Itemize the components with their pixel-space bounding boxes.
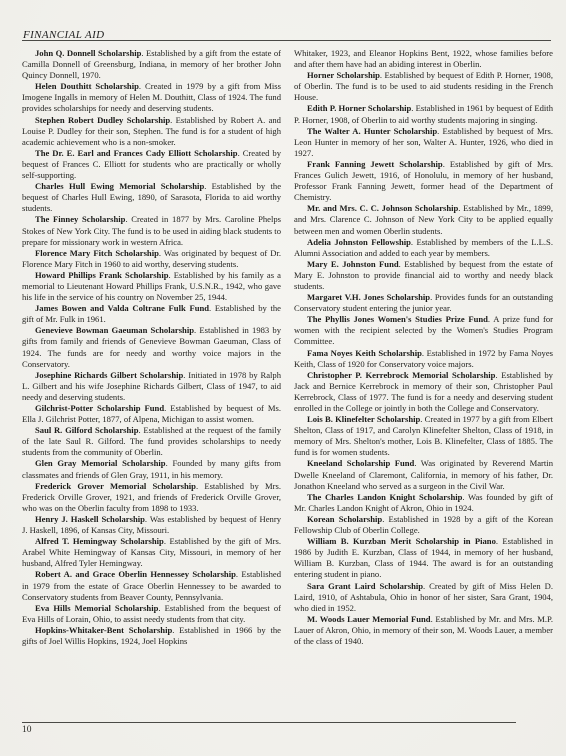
page-number: 10 <box>22 725 32 735</box>
scholarship-name: Horner Scholarship <box>307 70 380 80</box>
scholarship-entry: Christopher P. Kerrebrock Memorial Schol… <box>294 370 553 414</box>
scholarship-name: Margaret V.H. Jones Scholarship <box>307 292 430 302</box>
scholarship-entry: Mr. and Mrs. C. C. Johnson Scholarship. … <box>294 203 553 236</box>
scholarship-entry: The Dr. E. Earl and Frances Cady Elliott… <box>22 148 281 181</box>
scholarship-name: Glen Gray Memorial Scholarship <box>35 458 166 468</box>
scholarship-entry: The Charles Landon Knight Scholarship. W… <box>294 492 553 514</box>
scholarship-entry: John Q. Donnell Scholarship. Established… <box>22 48 281 81</box>
scholarship-entry: Charles Hull Ewing Memorial Scholarship.… <box>22 181 281 214</box>
scholarship-name: Robert A. and Grace Oberlin Hennessey Sc… <box>35 569 236 579</box>
scholarship-entry: Adelia Johnston Fellowship. Established … <box>294 237 553 259</box>
right-column: Whitaker, 1923, and Eleanor Hopkins Bent… <box>294 48 553 647</box>
scholarship-entry: Edith P. Horner Scholarship. Established… <box>294 103 553 125</box>
scholarship-entry: Sara Grant Laird Scholarship. Created by… <box>294 581 553 614</box>
scholarship-name: Kneeland Scholarship Fund <box>307 458 414 468</box>
scholarship-name: Frank Fanning Jewett Scholarship <box>307 159 443 169</box>
scholarship-entry: Genevieve Bowman Gaeuman Scholarship. Es… <box>22 325 281 369</box>
scholarship-name: Henry J. Haskell Scholarship <box>35 514 145 524</box>
scholarship-entry: The Finney Scholarship. Created in 1877 … <box>22 214 281 247</box>
scholarship-name: Christopher P. Kerrebrock Memorial Schol… <box>307 370 495 380</box>
scholarship-entry: Horner Scholarship. Established by beque… <box>294 70 553 103</box>
scholarship-name: James Bowen and Valda Coltrane Fulk Fund <box>35 303 209 313</box>
scholarship-entry: The Walter A. Hunter Scholarship. Establ… <box>294 126 553 159</box>
scholarship-entry: Gilchrist-Potter Scholarship Fund. Estab… <box>22 403 281 425</box>
scholarship-name: Sara Grant Laird Scholarship <box>307 581 423 591</box>
scholarship-name: Frederick Grover Memorial Scholarship <box>35 481 196 491</box>
scholarship-entry: Glen Gray Memorial Scholarship. Founded … <box>22 458 281 480</box>
scholarship-name: Fama Noyes Keith Scholarship <box>307 348 422 358</box>
scholarship-name: Howard Phillips Frank Scholarship <box>35 270 169 280</box>
scholarship-entry: Josephine Richards Gilbert Scholarship. … <box>22 370 281 403</box>
scholarship-entry: Robert A. and Grace Oberlin Hennessey Sc… <box>22 569 281 602</box>
scholarship-entry-continuation: Whitaker, 1923, and Eleanor Hopkins Bent… <box>294 48 553 70</box>
scholarship-name: Josephine Richards Gilbert Scholarship <box>35 370 183 380</box>
scholarship-entry: Alfred T. Hemingway Scholarship. Establi… <box>22 536 281 569</box>
scholarship-name: Korean Scholarship <box>307 514 382 524</box>
scholarship-entry: Stephen Robert Dudley Scholarship. Estab… <box>22 115 281 148</box>
scholarship-name: The Charles Landon Knight Scholarship <box>307 492 462 502</box>
scholarship-name: Genevieve Bowman Gaeuman Scholarship <box>35 325 194 335</box>
scholarship-name: The Walter A. Hunter Scholarship <box>307 126 437 136</box>
scholarship-name: Lois B. Klinefelter Scholarship <box>307 414 420 424</box>
scholarship-entry: Frank Fanning Jewett Scholarship. Establ… <box>294 159 553 203</box>
scholarship-name: Adelia Johnston Fellowship <box>307 237 411 247</box>
scholarship-entry: The Phyllis Jones Women's Studies Prize … <box>294 314 553 347</box>
scholarship-entry: Henry J. Haskell Scholarship. Was establ… <box>22 514 281 536</box>
scholarship-name: The Phyllis Jones Women's Studies Prize … <box>307 314 488 324</box>
left-column: John Q. Donnell Scholarship. Established… <box>22 48 281 647</box>
scholarship-name: John Q. Donnell Scholarship <box>35 48 141 58</box>
scanned-catalog-page: FINANCIAL AID John Q. Donnell Scholarshi… <box>0 0 566 756</box>
scholarship-name: Charles Hull Ewing Memorial Scholarship <box>35 181 204 191</box>
scholarship-name: William B. Kurzban Merit Scholarship in … <box>307 536 496 546</box>
scholarship-entry: William B. Kurzban Merit Scholarship in … <box>294 536 553 580</box>
scholarship-name: Gilchrist-Potter Scholarship Fund <box>35 403 164 413</box>
scholarship-name: Eva Hills Memorial Scholarship <box>35 603 158 613</box>
scholarship-entry: Kneeland Scholarship Fund. Was originate… <box>294 458 553 491</box>
scholarship-entry: Howard Phillips Frank Scholarship. Estab… <box>22 270 281 303</box>
scholarship-entry: Margaret V.H. Jones Scholarship. Provide… <box>294 292 553 314</box>
scholarship-name: Helen Douthitt Scholarship <box>35 81 139 91</box>
scholarship-name: Edith P. Horner Scholarship <box>307 103 411 113</box>
scholarship-name: The Dr. E. Earl and Frances Cady Elliott… <box>35 148 238 158</box>
two-column-body: John Q. Donnell Scholarship. Established… <box>22 48 553 647</box>
scholarship-entry: Hopkins-Whitaker-Bent Scholarship. Estab… <box>22 625 281 647</box>
scholarship-entry: Mary E. Johnston Fund. Established by be… <box>294 259 553 292</box>
scholarship-name: Hopkins-Whitaker-Bent Scholarship <box>35 625 172 635</box>
scholarship-name: The Finney Scholarship <box>35 214 125 224</box>
scholarship-entry: Korean Scholarship. Established in 1928 … <box>294 514 553 536</box>
scholarship-entry: Eva Hills Memorial Scholarship. Establis… <box>22 603 281 625</box>
scholarship-name: M. Woods Lauer Memorial Fund <box>307 614 431 624</box>
scholarship-entry: James Bowen and Valda Coltrane Fulk Fund… <box>22 303 281 325</box>
scholarship-entry: Florence Mary Fitch Scholarship. Was ori… <box>22 248 281 270</box>
scholarship-name: Mary E. Johnston Fund <box>307 259 399 269</box>
header-rule <box>22 40 551 41</box>
scholarship-name: Stephen Robert Dudley Scholarship <box>35 115 170 125</box>
scholarship-entry: Lois B. Klinefelter Scholarship. Created… <box>294 414 553 458</box>
scholarship-entry: Helen Douthitt Scholarship. Created in 1… <box>22 81 281 114</box>
scholarship-entry: Fama Noyes Keith Scholarship. Establishe… <box>294 348 553 370</box>
footer-rule <box>22 722 516 723</box>
scholarship-entry: M. Woods Lauer Memorial Fund. Establishe… <box>294 614 553 647</box>
scholarship-name: Florence Mary Fitch Scholarship <box>35 248 159 258</box>
scholarship-name: Saul R. Gilford Scholarship <box>35 425 138 435</box>
scholarship-entry: Frederick Grover Memorial Scholarship. E… <box>22 481 281 514</box>
scholarship-name: Mr. and Mrs. C. C. Johnson Scholarship <box>307 203 458 213</box>
scholarship-name: Alfred T. Hemingway Scholarship <box>35 536 164 546</box>
scholarship-entry: Saul R. Gilford Scholarship. Established… <box>22 425 281 458</box>
